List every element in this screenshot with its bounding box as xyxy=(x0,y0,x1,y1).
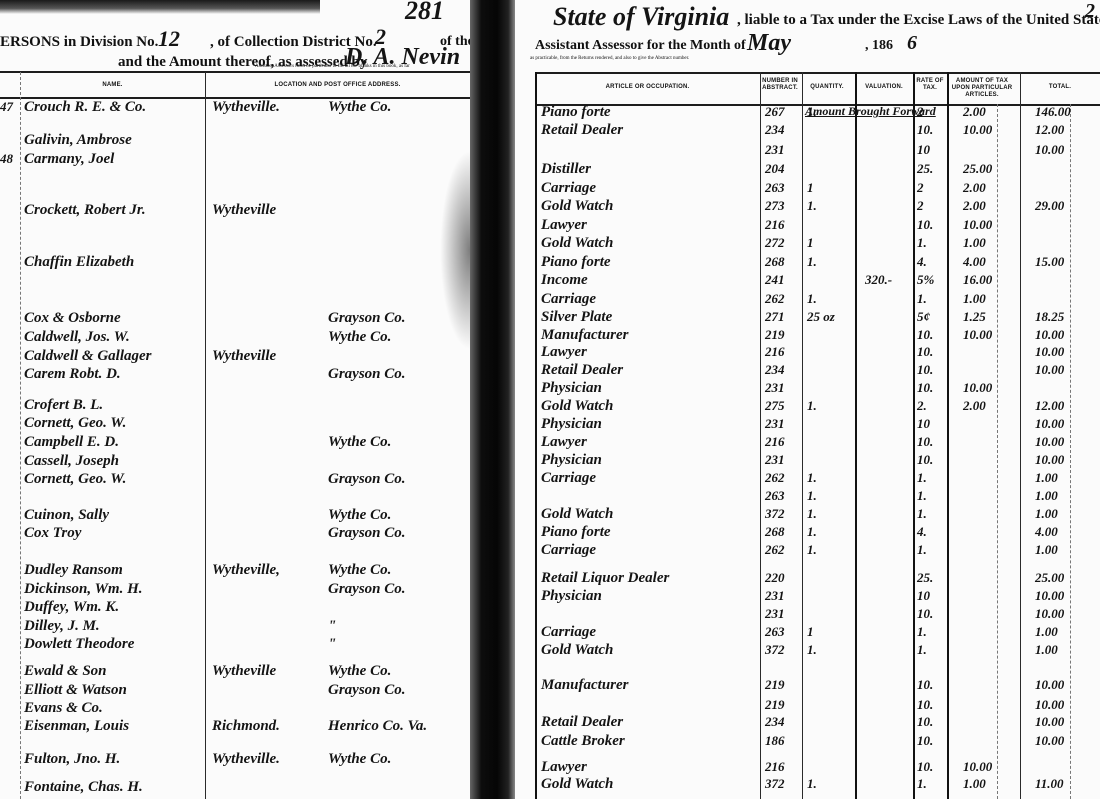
article-occupation: Gold Watch xyxy=(541,776,613,793)
county-address: Wythe Co. xyxy=(328,434,391,451)
county-address: Wythe Co. xyxy=(328,329,391,346)
total-value: 1.00 xyxy=(1035,488,1058,504)
town-location: Wytheville. xyxy=(212,99,280,116)
taxpayer-name: Dowlett Theodore xyxy=(24,636,134,653)
abstract-number: 216 xyxy=(765,344,785,360)
abstract-number: 231 xyxy=(765,142,785,158)
rate-of-tax: 10. xyxy=(917,733,933,749)
abstract-number: 262 xyxy=(765,291,785,307)
column-header-number: NUMBER IN ABSTRACT. xyxy=(760,78,800,92)
article-occupation: Physician xyxy=(541,588,602,605)
article-occupation: Manufacturer xyxy=(541,327,629,344)
quantity-value: 1. xyxy=(807,642,817,658)
taxpayer-name: Elliott & Watson xyxy=(24,682,127,699)
article-occupation: Manufacturer xyxy=(541,677,629,694)
article-occupation: Piano forte xyxy=(541,524,611,541)
amount-of-tax: 10.00 xyxy=(963,122,992,138)
abstract-number: 267 xyxy=(765,104,785,120)
county-address: Henrico Co. Va. xyxy=(328,718,427,735)
article-occupation: Physician xyxy=(541,452,602,469)
amount-of-tax: 2.00 xyxy=(963,398,986,414)
county-address: Grayson Co. xyxy=(328,682,406,699)
month-value: May xyxy=(747,30,791,57)
total-value: 25.00 xyxy=(1035,570,1064,586)
quantity-value: 25 oz xyxy=(807,309,835,325)
quantity-value: 1. xyxy=(807,398,817,414)
county-address: Grayson Co. xyxy=(328,471,406,488)
header-line1: ERSONS in Division No. xyxy=(0,34,158,51)
county-address: " xyxy=(328,636,336,653)
rate-of-tax: 10. xyxy=(917,434,933,450)
division-number: 12 xyxy=(158,26,180,52)
taxpayer-name: Fontaine, Chas. H. xyxy=(24,779,143,796)
article-occupation: Gold Watch xyxy=(541,642,613,659)
rule-amount-left xyxy=(947,72,949,799)
abstract-number: 216 xyxy=(765,759,785,775)
abstract-number: 216 xyxy=(765,434,785,450)
total-value: 10.00 xyxy=(1035,677,1064,693)
total-value: 10.00 xyxy=(1035,344,1064,360)
abstract-number: 262 xyxy=(765,542,785,558)
taxpayer-name: Caldwell & Gallager xyxy=(24,348,152,365)
rate-of-tax: 1. xyxy=(917,291,927,307)
taxpayer-name: Carem Robt. D. xyxy=(24,366,121,383)
rate-of-tax: 1. xyxy=(917,470,927,486)
state-name: State of Virginia xyxy=(553,2,729,32)
abstract-number: 220 xyxy=(765,570,785,586)
rule-number-left xyxy=(760,72,761,799)
rule-valuation-left xyxy=(855,72,857,799)
abstract-number: 372 xyxy=(765,776,785,792)
abstract-number: 204 xyxy=(765,161,785,177)
column-header-amount: AMOUNT OF TAX UPON PARTICULAR ARTICLES. xyxy=(947,78,1017,99)
rate-of-tax: 10. xyxy=(917,344,933,360)
town-location: Wytheville xyxy=(212,348,276,365)
abstract-number: 234 xyxy=(765,714,785,730)
abstract-number: 275 xyxy=(765,398,785,414)
amount-of-tax: 2.00 xyxy=(963,180,986,196)
article-occupation: Lawyer xyxy=(541,217,587,234)
row-number: 47 xyxy=(0,99,13,115)
abstract-number: 268 xyxy=(765,524,785,540)
county-address: Grayson Co. xyxy=(328,581,406,598)
county-address: Wythe Co. xyxy=(328,562,391,579)
taxpayer-name: Cox & Osborne xyxy=(24,310,121,327)
rule-total-left xyxy=(1020,72,1021,799)
rate-of-tax: 2 xyxy=(917,198,924,214)
abstract-number: 219 xyxy=(765,327,785,343)
total-value: 1.00 xyxy=(1035,624,1058,640)
article-occupation: Carriage xyxy=(541,291,596,308)
quantity-value: 1. xyxy=(807,506,817,522)
quantity-value: 1. xyxy=(807,470,817,486)
taxpayer-name: Dudley Ransom xyxy=(24,562,123,579)
abstract-number: 241 xyxy=(765,272,785,288)
rate-of-tax: 10. xyxy=(917,217,933,233)
article-occupation: Cattle Broker xyxy=(541,733,625,750)
county-address: " xyxy=(328,618,336,635)
town-location: Wytheville. xyxy=(212,751,280,768)
year-prefix: , 186 xyxy=(865,38,893,54)
article-occupation: Gold Watch xyxy=(541,198,613,215)
rate-of-tax: 10. xyxy=(917,714,933,730)
taxpayer-name: Cox Troy xyxy=(24,525,81,542)
assistant-assessor-month-label: Assistant Assessor for the Month of xyxy=(535,38,746,54)
total-value: 18.25 xyxy=(1035,309,1064,325)
rule-name-column xyxy=(205,72,206,799)
amount-of-tax: 1.00 xyxy=(963,291,986,307)
taxpayer-name: Cassell, Joseph xyxy=(24,453,119,470)
total-value: 10.00 xyxy=(1035,697,1064,713)
column-header-location: LOCATION AND POST OFFICE ADDRESS. xyxy=(205,82,470,89)
rate-of-tax: 10. xyxy=(917,122,933,138)
total-value: 10.00 xyxy=(1035,733,1064,749)
abstract-number: 231 xyxy=(765,588,785,604)
rate-of-tax: 1. xyxy=(917,488,927,504)
rate-of-tax: 2 xyxy=(917,180,924,196)
taxpayer-name: Cornett, Geo. W. xyxy=(24,471,126,488)
total-value: 10.00 xyxy=(1035,452,1064,468)
rate-of-tax: 10 xyxy=(917,416,930,432)
county-address: Grayson Co. xyxy=(328,366,406,383)
county-address: Grayson Co. xyxy=(328,310,406,327)
total-value: 29.00 xyxy=(1035,198,1064,214)
rule-total-cents xyxy=(1070,104,1071,799)
article-occupation: Distiller xyxy=(541,161,591,178)
town-location: Richmond. xyxy=(212,718,280,735)
abstract-number: 231 xyxy=(765,416,785,432)
rate-of-tax: 1. xyxy=(917,235,927,251)
column-header-valuation: VALUATION. xyxy=(855,84,913,91)
quantity-value: 1 xyxy=(807,180,814,196)
rate-of-tax: 1. xyxy=(917,776,927,792)
quantity-value: 1 xyxy=(807,624,814,640)
abstract-number: 263 xyxy=(765,488,785,504)
town-location: Wytheville, xyxy=(212,562,280,579)
total-value: 10.00 xyxy=(1035,434,1064,450)
amount-of-tax: 2.00 xyxy=(963,198,986,214)
amount-of-tax: 2.00 xyxy=(963,104,986,120)
total-value: 10.00 xyxy=(1035,416,1064,432)
county-address: Wythe Co. xyxy=(328,99,391,116)
town-location: Wytheville xyxy=(212,202,276,219)
rate-of-tax: 4. xyxy=(917,254,927,270)
amount-of-tax: 1.25 xyxy=(963,309,986,325)
page-number: 2 xyxy=(1085,0,1095,23)
quantity-value: 1 xyxy=(807,235,814,251)
abstract-number: 219 xyxy=(765,677,785,693)
abstract-number: 273 xyxy=(765,198,785,214)
abstract-number: 272 xyxy=(765,235,785,251)
taxpayer-name: Evans & Co. xyxy=(24,700,103,717)
header-instruction-right: as practicable, from the Returns rendere… xyxy=(530,56,689,61)
article-occupation: Carriage xyxy=(541,470,596,487)
scan-shadow xyxy=(440,150,470,350)
rate-of-tax: 10. xyxy=(917,697,933,713)
abstract-number: 271 xyxy=(765,309,785,325)
amount-of-tax: 10.00 xyxy=(963,380,992,396)
total-value: 10.00 xyxy=(1035,327,1064,343)
total-value: 10.00 xyxy=(1035,606,1064,622)
rate-of-tax: 10. xyxy=(917,327,933,343)
abstract-number: 263 xyxy=(765,624,785,640)
amount-of-tax: 1.00 xyxy=(963,235,986,251)
article-occupation: Retail Liquor Dealer xyxy=(541,570,669,587)
rule-number-column xyxy=(20,72,21,799)
abstract-number: 219 xyxy=(765,697,785,713)
total-value: 4.00 xyxy=(1035,524,1058,540)
scan-smudge xyxy=(0,0,320,14)
total-value: 11.00 xyxy=(1035,776,1064,792)
column-header-article: ARTICLE OR OCCUPATION. xyxy=(535,84,760,91)
article-occupation: Carriage xyxy=(541,542,596,559)
rate-of-tax: 1. xyxy=(917,506,927,522)
taxpayer-name: Galivin, Ambrose xyxy=(24,132,132,149)
abstract-number: 231 xyxy=(765,606,785,622)
rate-of-tax: 10. xyxy=(917,380,933,396)
town-location: Wytheville xyxy=(212,663,276,680)
taxpayer-name: Crockett, Robert Jr. xyxy=(24,202,146,219)
article-occupation: Gold Watch xyxy=(541,235,613,252)
article-occupation: Carriage xyxy=(541,624,596,641)
valuation-value: 320.- xyxy=(865,272,892,288)
taxpayer-name: Crouch R. E. & Co. xyxy=(24,99,146,116)
abstract-number: 262 xyxy=(765,470,785,486)
abstract-number: 231 xyxy=(765,452,785,468)
rule-article-left xyxy=(535,72,537,799)
quantity-value: 1. xyxy=(807,776,817,792)
total-value: 1.00 xyxy=(1035,470,1058,486)
header-top-rule-right xyxy=(535,72,1100,74)
taxpayer-name: Cornett, Geo. W. xyxy=(24,415,126,432)
article-occupation: Lawyer xyxy=(541,759,587,776)
column-header-rate: RATE OF TAX. xyxy=(915,78,945,92)
article-occupation: Physician xyxy=(541,380,602,397)
taxpayer-name: Dickinson, Wm. H. xyxy=(24,581,143,598)
rate-of-tax: 10. xyxy=(917,452,933,468)
article-occupation: Lawyer xyxy=(541,434,587,451)
quantity-value: 1. xyxy=(807,254,817,270)
abstract-number: 231 xyxy=(765,380,785,396)
abstract-number: 186 xyxy=(765,733,785,749)
header-instruction: Assistant Assessors must be particular t… xyxy=(255,64,410,69)
taxpayer-name: Ewald & Son xyxy=(24,663,107,680)
rate-of-tax: 1. xyxy=(917,642,927,658)
row-number: 48 xyxy=(0,151,13,167)
amount-of-tax: 4.00 xyxy=(963,254,986,270)
abstract-number: 234 xyxy=(765,362,785,378)
abstract-number: 268 xyxy=(765,254,785,270)
rate-of-tax: 5% xyxy=(917,272,934,288)
amount-of-tax: 10.00 xyxy=(963,759,992,775)
year-digit: 6 xyxy=(907,32,917,55)
rule-rate-left xyxy=(913,72,915,799)
rate-of-tax: 1. xyxy=(917,624,927,640)
amount-of-tax: 10.00 xyxy=(963,217,992,233)
county-address: Grayson Co. xyxy=(328,525,406,542)
rate-of-tax: 2 xyxy=(917,104,924,120)
taxpayer-name: Eisenman, Louis xyxy=(24,718,129,735)
quantity-value: 1. xyxy=(807,104,817,120)
county-address: Wythe Co. xyxy=(328,751,391,768)
quantity-value: 1. xyxy=(807,488,817,504)
quantity-value: 1. xyxy=(807,524,817,540)
rate-of-tax: 4. xyxy=(917,524,927,540)
book-binding-gutter xyxy=(470,0,515,799)
county-address: Wythe Co. xyxy=(328,507,391,524)
article-occupation: Gold Watch xyxy=(541,506,613,523)
article-occupation: Piano forte xyxy=(541,254,611,271)
taxpayer-name: Carmany, Joel xyxy=(24,151,114,168)
article-occupation: Retail Dealer xyxy=(541,714,623,731)
total-value: 12.00 xyxy=(1035,122,1064,138)
abstract-number: 216 xyxy=(765,217,785,233)
article-occupation: Gold Watch xyxy=(541,398,613,415)
right-ledger-page: State of Virginia , liable to a Tax unde… xyxy=(515,0,1100,799)
header-persons-division-label: ERSONS in Division No. xyxy=(0,34,158,50)
abstract-number: 234 xyxy=(765,122,785,138)
amount-of-tax: 1.00 xyxy=(963,776,986,792)
abstract-number: 372 xyxy=(765,506,785,522)
column-header-name: NAME. xyxy=(20,82,205,89)
rate-of-tax: 10 xyxy=(917,142,930,158)
rate-of-tax: 2. xyxy=(917,398,927,414)
excise-laws-label: , liable to a Tax under the Excise Laws … xyxy=(737,12,1100,29)
quantity-value: 1. xyxy=(807,291,817,307)
article-occupation: Silver Plate xyxy=(541,309,612,326)
abstract-number: 263 xyxy=(765,180,785,196)
rate-of-tax: 25. xyxy=(917,570,933,586)
total-value: 1.00 xyxy=(1035,542,1058,558)
total-value: 10.00 xyxy=(1035,362,1064,378)
taxpayer-name: Caldwell, Jos. W. xyxy=(24,329,130,346)
rate-of-tax: 10 xyxy=(917,588,930,604)
taxpayer-name: Dilley, J. M. xyxy=(24,618,100,635)
total-value: 15.00 xyxy=(1035,254,1064,270)
article-occupation: Carriage xyxy=(541,180,596,197)
total-value: 10.00 xyxy=(1035,142,1064,158)
column-header-quantity: QUANTITY. xyxy=(802,84,852,91)
corner-page-mark: 281 xyxy=(405,0,444,26)
article-occupation: Income xyxy=(541,272,588,289)
rule-quantity-left xyxy=(802,72,803,799)
left-ledger-page: ERSONS in Division No. 12 , of Collectio… xyxy=(0,0,470,799)
taxpayer-name: Cuinon, Sally xyxy=(24,507,109,524)
taxpayer-name: Chaffin Elizabeth xyxy=(24,254,134,271)
rate-of-tax: 10. xyxy=(917,759,933,775)
header-top-rule xyxy=(0,71,470,73)
rate-of-tax: 25. xyxy=(917,161,933,177)
article-occupation: Piano forte xyxy=(541,104,611,121)
abstract-number: 372 xyxy=(765,642,785,658)
article-occupation: Physician xyxy=(541,416,602,433)
rate-of-tax: 10. xyxy=(917,606,933,622)
rule-amount-cents xyxy=(997,104,998,799)
total-value: 10.00 xyxy=(1035,588,1064,604)
amount-of-tax: 10.00 xyxy=(963,327,992,343)
article-occupation: Lawyer xyxy=(541,344,587,361)
rate-of-tax: 1. xyxy=(917,542,927,558)
total-value: 10.00 xyxy=(1035,714,1064,730)
quantity-value: 1. xyxy=(807,198,817,214)
brought-forward-total: 146.00 xyxy=(1035,104,1071,120)
column-header-total: TOTAL. xyxy=(1020,84,1100,91)
taxpayer-name: Fulton, Jno. H. xyxy=(24,751,120,768)
rate-of-tax: 10. xyxy=(917,677,933,693)
total-value: 1.00 xyxy=(1035,506,1058,522)
taxpayer-name: Duffey, Wm. K. xyxy=(24,599,119,616)
rate-of-tax: 10. xyxy=(917,362,933,378)
quantity-value: 1. xyxy=(807,542,817,558)
amount-of-tax: 16.00 xyxy=(963,272,992,288)
taxpayer-name: Crofert B. L. xyxy=(24,397,103,414)
amount-of-tax: 25.00 xyxy=(963,161,992,177)
rate-of-tax: 5¢ xyxy=(917,309,930,325)
taxpayer-name: Campbell E. D. xyxy=(24,434,119,451)
article-occupation: Retail Dealer xyxy=(541,122,623,139)
total-value: 12.00 xyxy=(1035,398,1064,414)
total-value: 1.00 xyxy=(1035,642,1058,658)
article-occupation: Retail Dealer xyxy=(541,362,623,379)
county-address: Wythe Co. xyxy=(328,663,391,680)
